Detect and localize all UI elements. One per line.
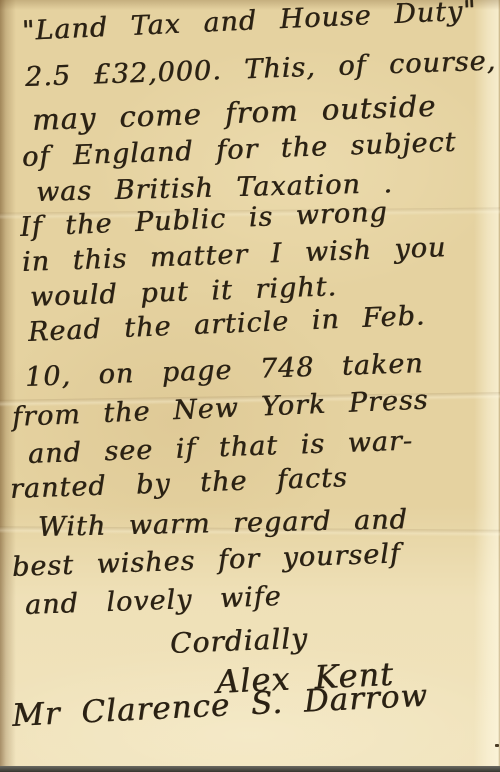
- closing-line: Cordially: [169, 619, 308, 664]
- letter-line: and lovely wife: [24, 577, 282, 626]
- scan-edge: [0, 766, 500, 772]
- letter-paper: "Land Tax and House Duty" 2.5 £32,000. T…: [0, 0, 500, 766]
- paper-blemish: [495, 744, 499, 747]
- scan-background: { "colors": { "paper": "#e5d2a0", "ink":…: [0, 0, 500, 772]
- handwritten-text: "Land Tax and House Duty" 2.5 £32,000. T…: [0, 0, 500, 766]
